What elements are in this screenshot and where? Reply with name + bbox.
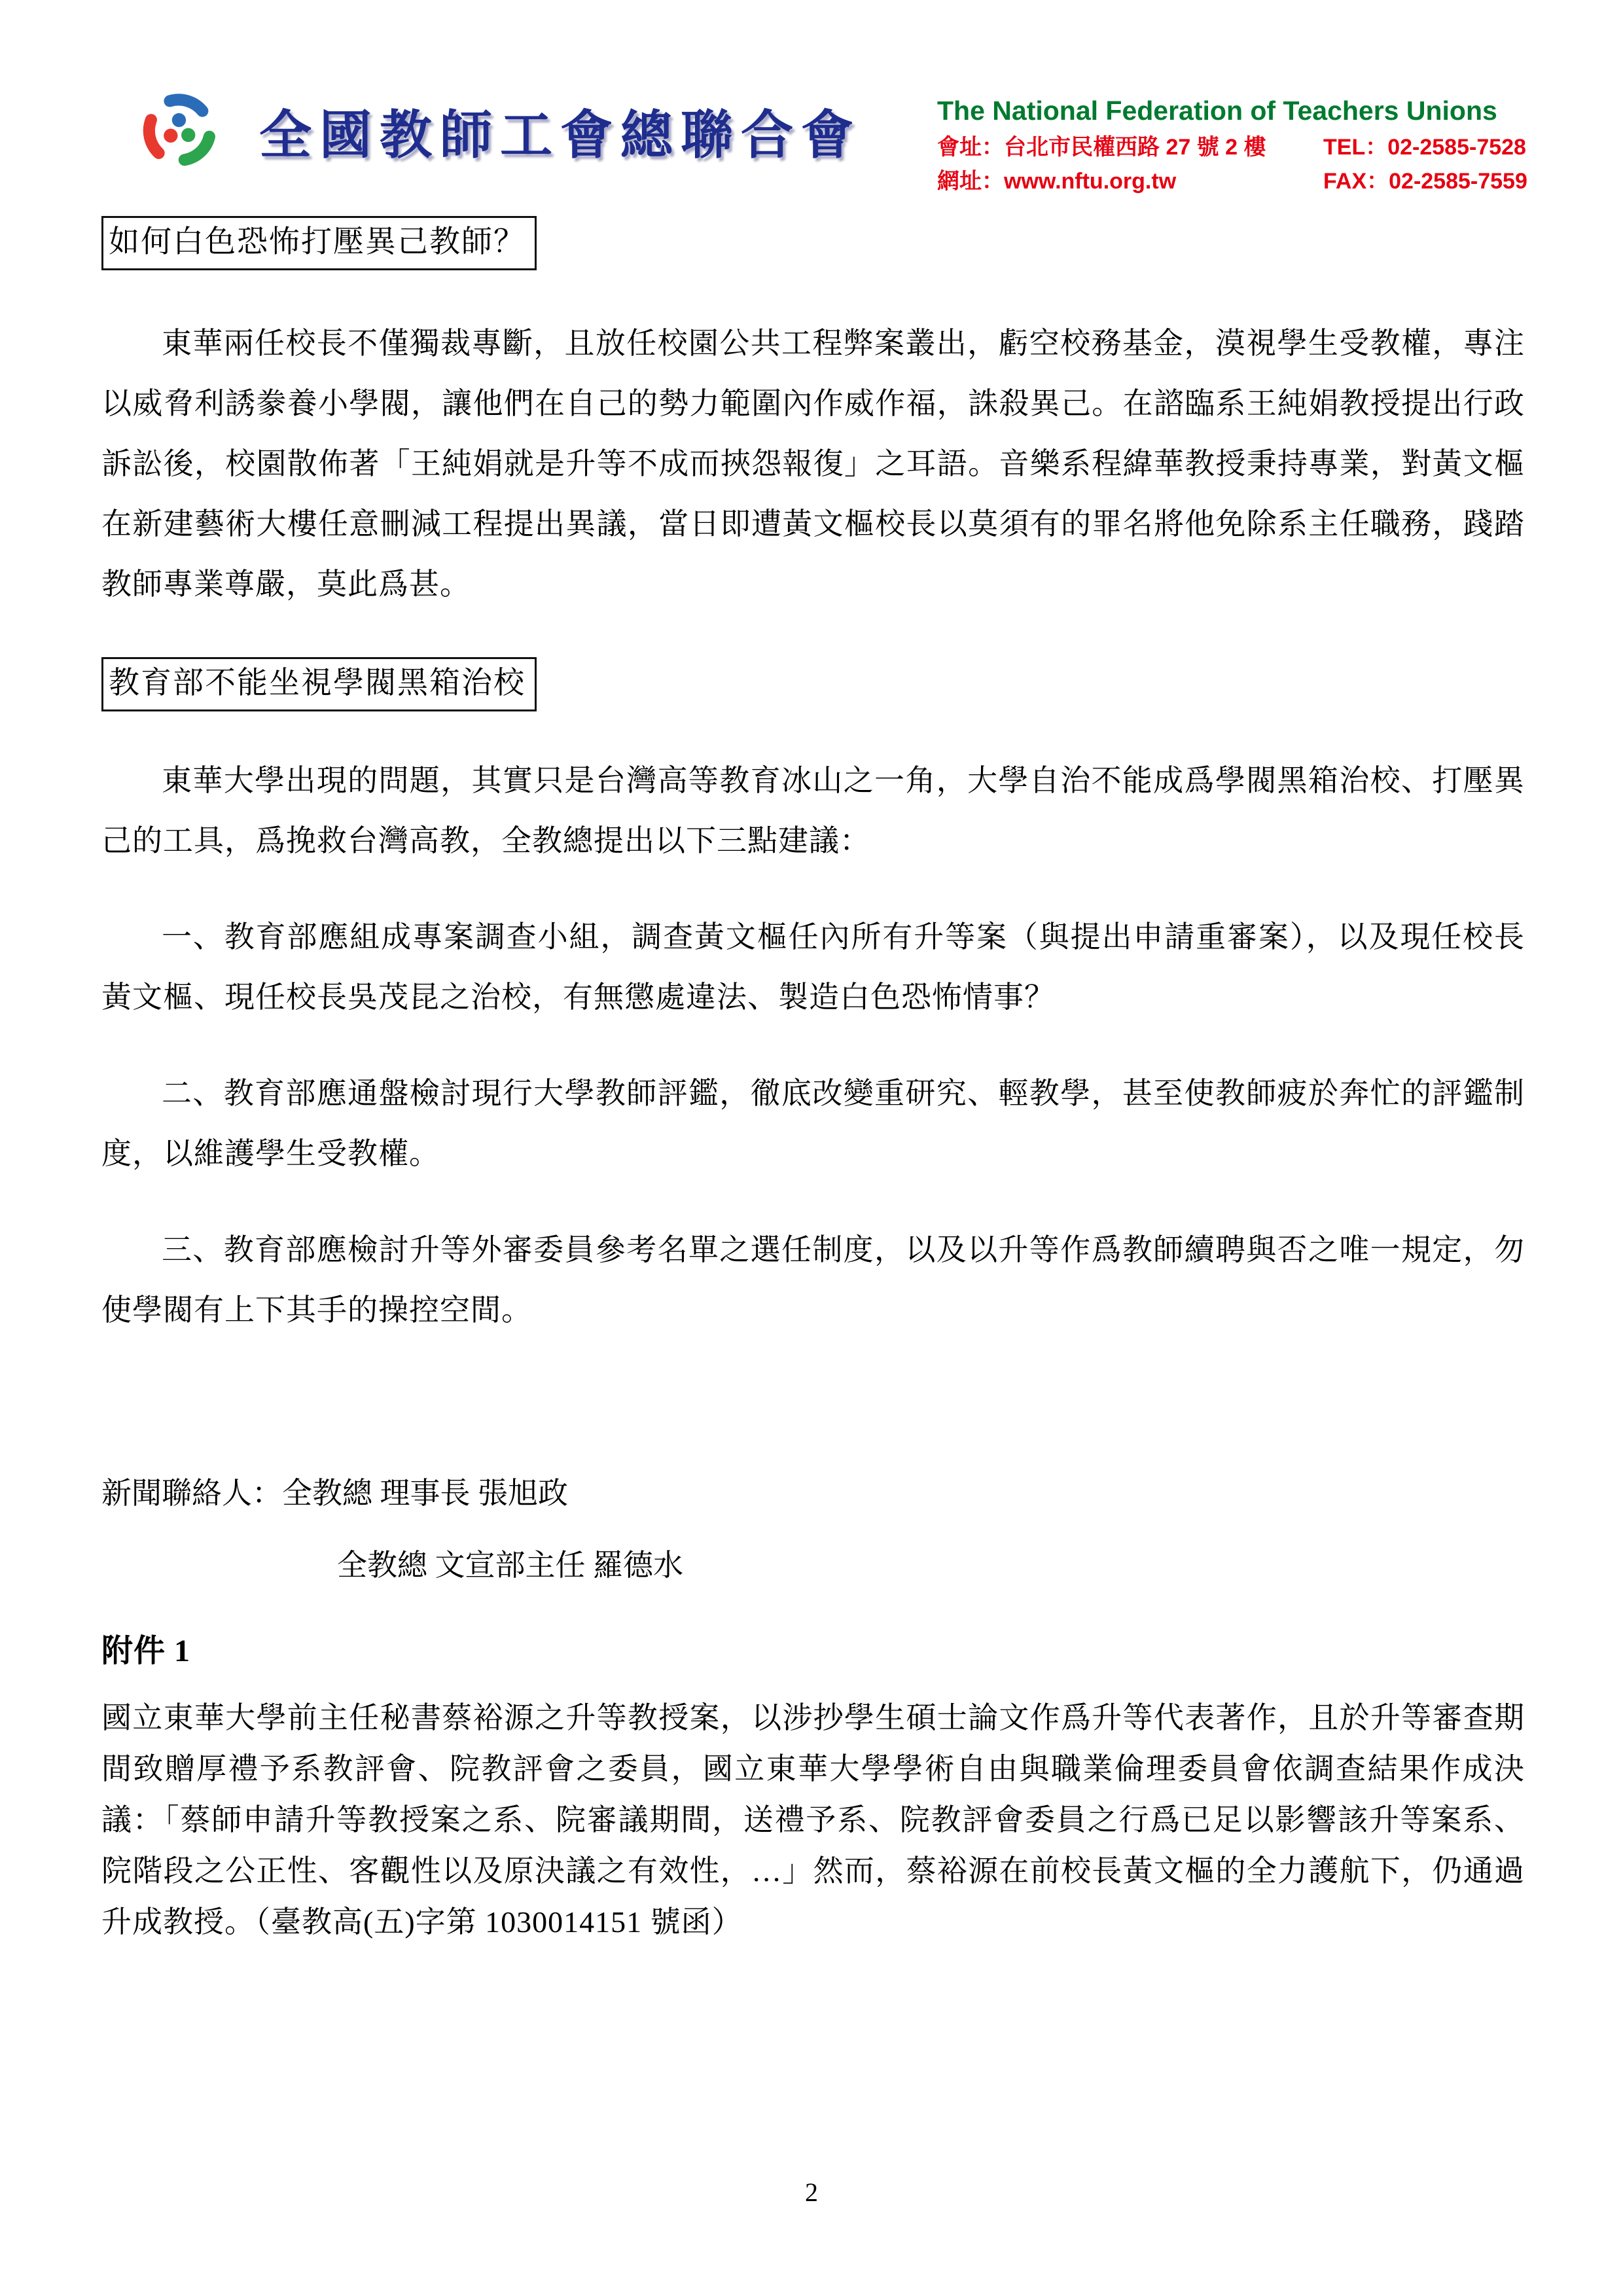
- document-page: 全國教師工會總聯合會 The National Federation of Te…: [0, 0, 1623, 2296]
- attachment-body: 國立東華大學前主任秘書蔡裕源之升等教授案，以涉抄學生碩士論文作爲升等代表著作，且…: [101, 1693, 1525, 1948]
- section2-heading: 教育部不能坐視學閥黑箱治校: [101, 657, 537, 711]
- press-contact-line2: 全教總 文宣部主任 羅德水: [337, 1535, 1525, 1596]
- page-footer: 2: [0, 2177, 1623, 2208]
- org-name-en: The National Federation of Teachers Unio…: [937, 96, 1585, 126]
- tel-text: TEL：02-2585-7528: [1323, 133, 1585, 162]
- document-body: 如何白色恐怖打壓異己教師？ 東華兩任校長不僅獨裁專斷，且放任校園公共工程弊案叢出…: [101, 216, 1525, 1948]
- fax-text: FAX：02-2585-7559: [1323, 167, 1585, 196]
- page-number: 2: [805, 2178, 818, 2207]
- recommendation-1: 一、教育部應組成專案調查小組，調查黃文樞任內所有升等案（與提出申請重審案），以及…: [101, 907, 1525, 1028]
- website-text: 網址：www.nftu.org.tw: [937, 167, 1323, 196]
- recommendation-2: 二、教育部應通盤檢討現行大學教師評鑑，徹底改變重研究、輕教學，甚至使教師疲於奔忙…: [101, 1064, 1525, 1184]
- nftu-logo-icon: [137, 88, 221, 172]
- press-contact-line1: 新聞聯絡人：全教總 理事長 張旭政: [101, 1463, 1525, 1524]
- letterhead: 全國教師工會總聯合會 The National Federation of Te…: [0, 0, 1623, 216]
- section2-intro: 東華大學出現的問題，其實只是台灣高等教育冰山之一角，大學自治不能成爲學閥黑箱治校…: [101, 751, 1525, 871]
- letterhead-contact: The National Federation of Teachers Unio…: [937, 96, 1585, 196]
- recommendation-3: 三、教育部應檢討升等外審委員參考名單之選任制度，以及以升等作爲教師續聘與否之唯一…: [101, 1220, 1525, 1340]
- section1-heading: 如何白色恐怖打壓異己教師？: [101, 216, 537, 270]
- attachment-heading: 附件 1: [101, 1625, 1525, 1670]
- nftu-logo: 全國教師工會總聯合會: [137, 88, 861, 172]
- org-name-zh: 全國教師工會總聯合會: [259, 93, 861, 168]
- address-text: 會址：台北市民權西路 27 號 2 樓: [937, 133, 1323, 162]
- section1-paragraph: 東華兩任校長不僅獨裁專斷，且放任校園公共工程弊案叢出，虧空校務基金，漠視學生受教…: [101, 314, 1525, 615]
- contact-grid: 會址：台北市民權西路 27 號 2 樓 TEL：02-2585-7528 網址：…: [937, 133, 1585, 196]
